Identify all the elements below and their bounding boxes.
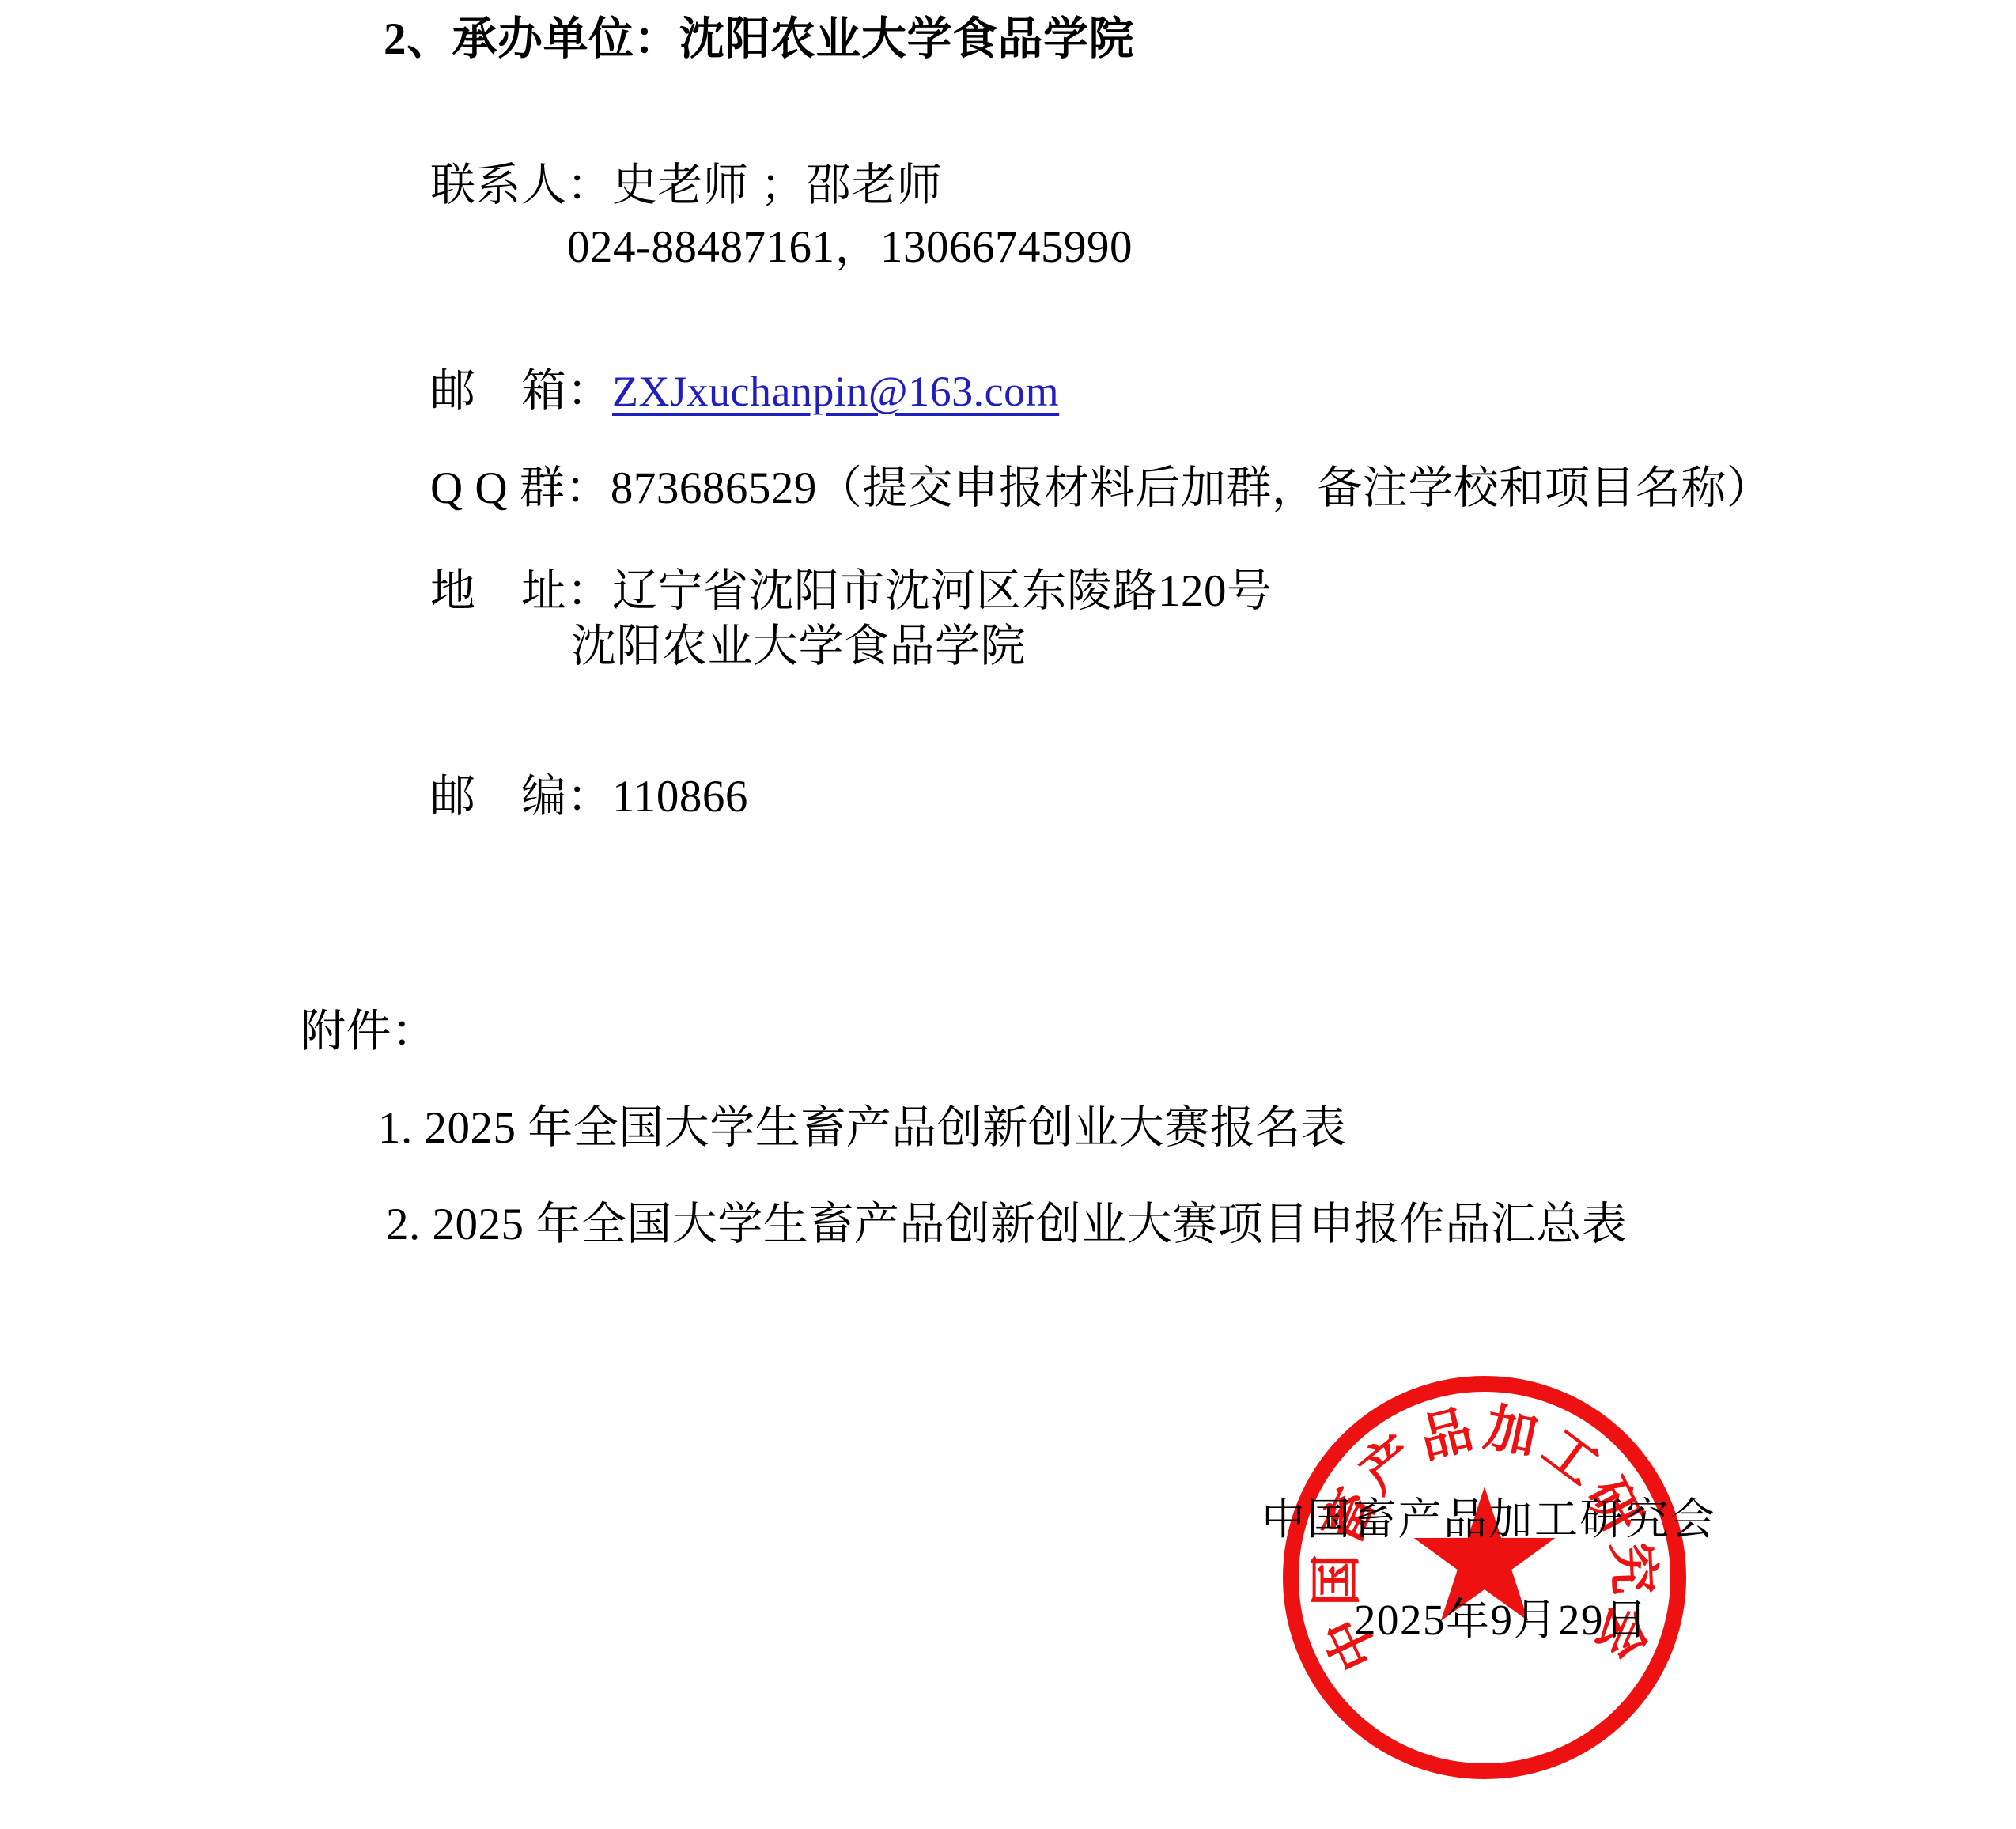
- contact-label: 联系人：: [430, 161, 612, 210]
- address-label: 地 址：: [430, 566, 612, 616]
- contact-value: 史老师 ；邵老师: [612, 161, 942, 210]
- address-line-2: 沈阳农业大学食品学院: [571, 623, 1026, 671]
- signature-organization: 中国畜产品加工研究会: [1261, 1497, 1716, 1543]
- attachments-title: 附件：: [301, 1008, 437, 1056]
- document-page: 2、承办单位：沈阳农业大学食品学院 联系人：史老师 ；邵老师 024-88487…: [0, 0, 2016, 1829]
- seal-ring: [1291, 1384, 1678, 1771]
- email-link[interactable]: ZXJxuchanpin@163.com: [612, 368, 1059, 415]
- zip-value: 110866: [612, 772, 748, 822]
- signature-date: 2025年9月29日: [1354, 1597, 1649, 1643]
- email-label: 邮 箱：: [430, 366, 612, 416]
- official-seal: 中国畜产品加工研究会: [1275, 1368, 1694, 1787]
- qq-label: Q Q 群：: [430, 463, 611, 513]
- zip-line: 邮 编：110866: [384, 726, 748, 868]
- attachment-item-2: 2. 2025 年全国大学生畜产品创新创业大赛项目申报作品汇总表: [386, 1201, 1627, 1249]
- attachment-item-1: 1. 2025 年全国大学生畜产品创新创业大赛报名表: [378, 1105, 1346, 1152]
- qq-value: 873686529（提交申报材料后加群，备注学校和项目名称）: [611, 463, 1772, 513]
- zip-label: 邮 编：: [430, 772, 612, 822]
- organizer-heading: 2、承办单位：沈阳农业大学食品学院: [384, 16, 1134, 63]
- address-value: 辽宁省沈阳市沈河区东陵路120号: [612, 566, 1273, 616]
- phone-numbers: 024-88487161，13066745990: [567, 224, 1133, 271]
